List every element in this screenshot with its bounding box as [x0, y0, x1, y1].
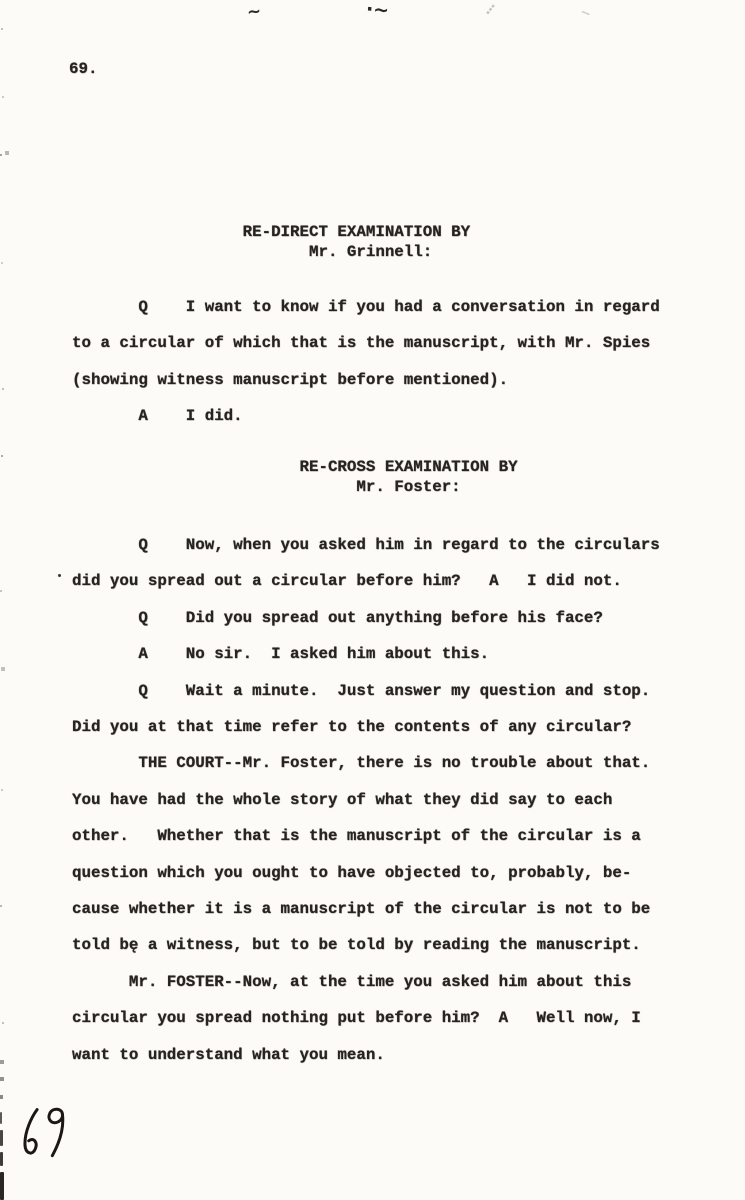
scan-edge-mark [0, 1130, 3, 1146]
typed-line: Q Did you spread out anything before his… [72, 600, 660, 636]
typed-line: A I did. [72, 398, 660, 434]
scan-edge-speckles [0, 0, 2, 2]
typed-line: Mr. FOSTER--Now, at the time you asked h… [72, 964, 660, 1000]
ink-smudge: − [578, 5, 594, 23]
typed-line: did you spread out a circular before him… [72, 563, 660, 599]
typed-line: RE-DIRECT EXAMINATION BY [72, 223, 470, 243]
typed-line: other. Whether that is the manuscript of… [72, 818, 660, 854]
typed-line: RE-CROSS EXAMINATION BY [72, 458, 518, 478]
typed-line: question which you ought to have objecte… [72, 855, 660, 891]
scan-edge-mark [0, 1112, 2, 1124]
ink-smudge: ⋮ [480, 0, 501, 21]
typed-line: THE COURT--Mr. Foster, there is no troub… [72, 745, 660, 781]
section-redirect-examination-body: Q I want to know if you had a conversati… [72, 289, 660, 435]
handwritten-page-number: 69 [20, 1106, 74, 1168]
typed-line: You have had the whole story of what the… [72, 782, 660, 818]
ink-smudge: ·∼ [365, 0, 390, 22]
scanned-document-page: 69. ∼ ·∼ ⋮ − RE-DIRECT EXAMINATION BY Mr… [0, 0, 745, 1200]
typed-line: (showing witness manuscript before menti… [72, 362, 660, 398]
typed-line: Q I want to know if you had a conversati… [72, 289, 660, 325]
typed-line: Mr. Grinnell: [72, 243, 470, 263]
typed-line: told bę a witness, but to be told by rea… [72, 927, 660, 963]
typed-line: want to understand what you mean. [72, 1037, 660, 1073]
section-redirect-examination-heading: RE-DIRECT EXAMINATION BY Mr. Grinnell: [72, 223, 470, 262]
typed-line: cause whether it is a manuscript of the … [72, 891, 660, 927]
section-recross-examination-heading: RE-CROSS EXAMINATION BY Mr. Foster: [72, 458, 518, 497]
typed-line: Q Now, when you asked him in regard to t… [72, 527, 660, 563]
typed-line: Q Wait a minute. Just answer my question… [72, 673, 660, 709]
typed-line: Did you at that time refer to the conten… [72, 709, 660, 745]
scan-edge-mark [0, 1152, 3, 1166]
section-recross-examination-body: Q Now, when you asked him in regard to t… [72, 527, 660, 1073]
stray-ink-dot [58, 574, 61, 577]
typed-line: to a circular of which that is the manus… [72, 325, 660, 361]
typed-line: Mr. Foster: [72, 478, 518, 498]
typed-line: circular you spread nothing put before h… [72, 1000, 660, 1036]
scan-edge-mark [0, 1172, 4, 1200]
typed-page-number: 69. [69, 60, 97, 78]
typed-line: A No sir. I asked him about this. [72, 636, 660, 672]
ink-smudge: ∼ [246, 1, 262, 22]
